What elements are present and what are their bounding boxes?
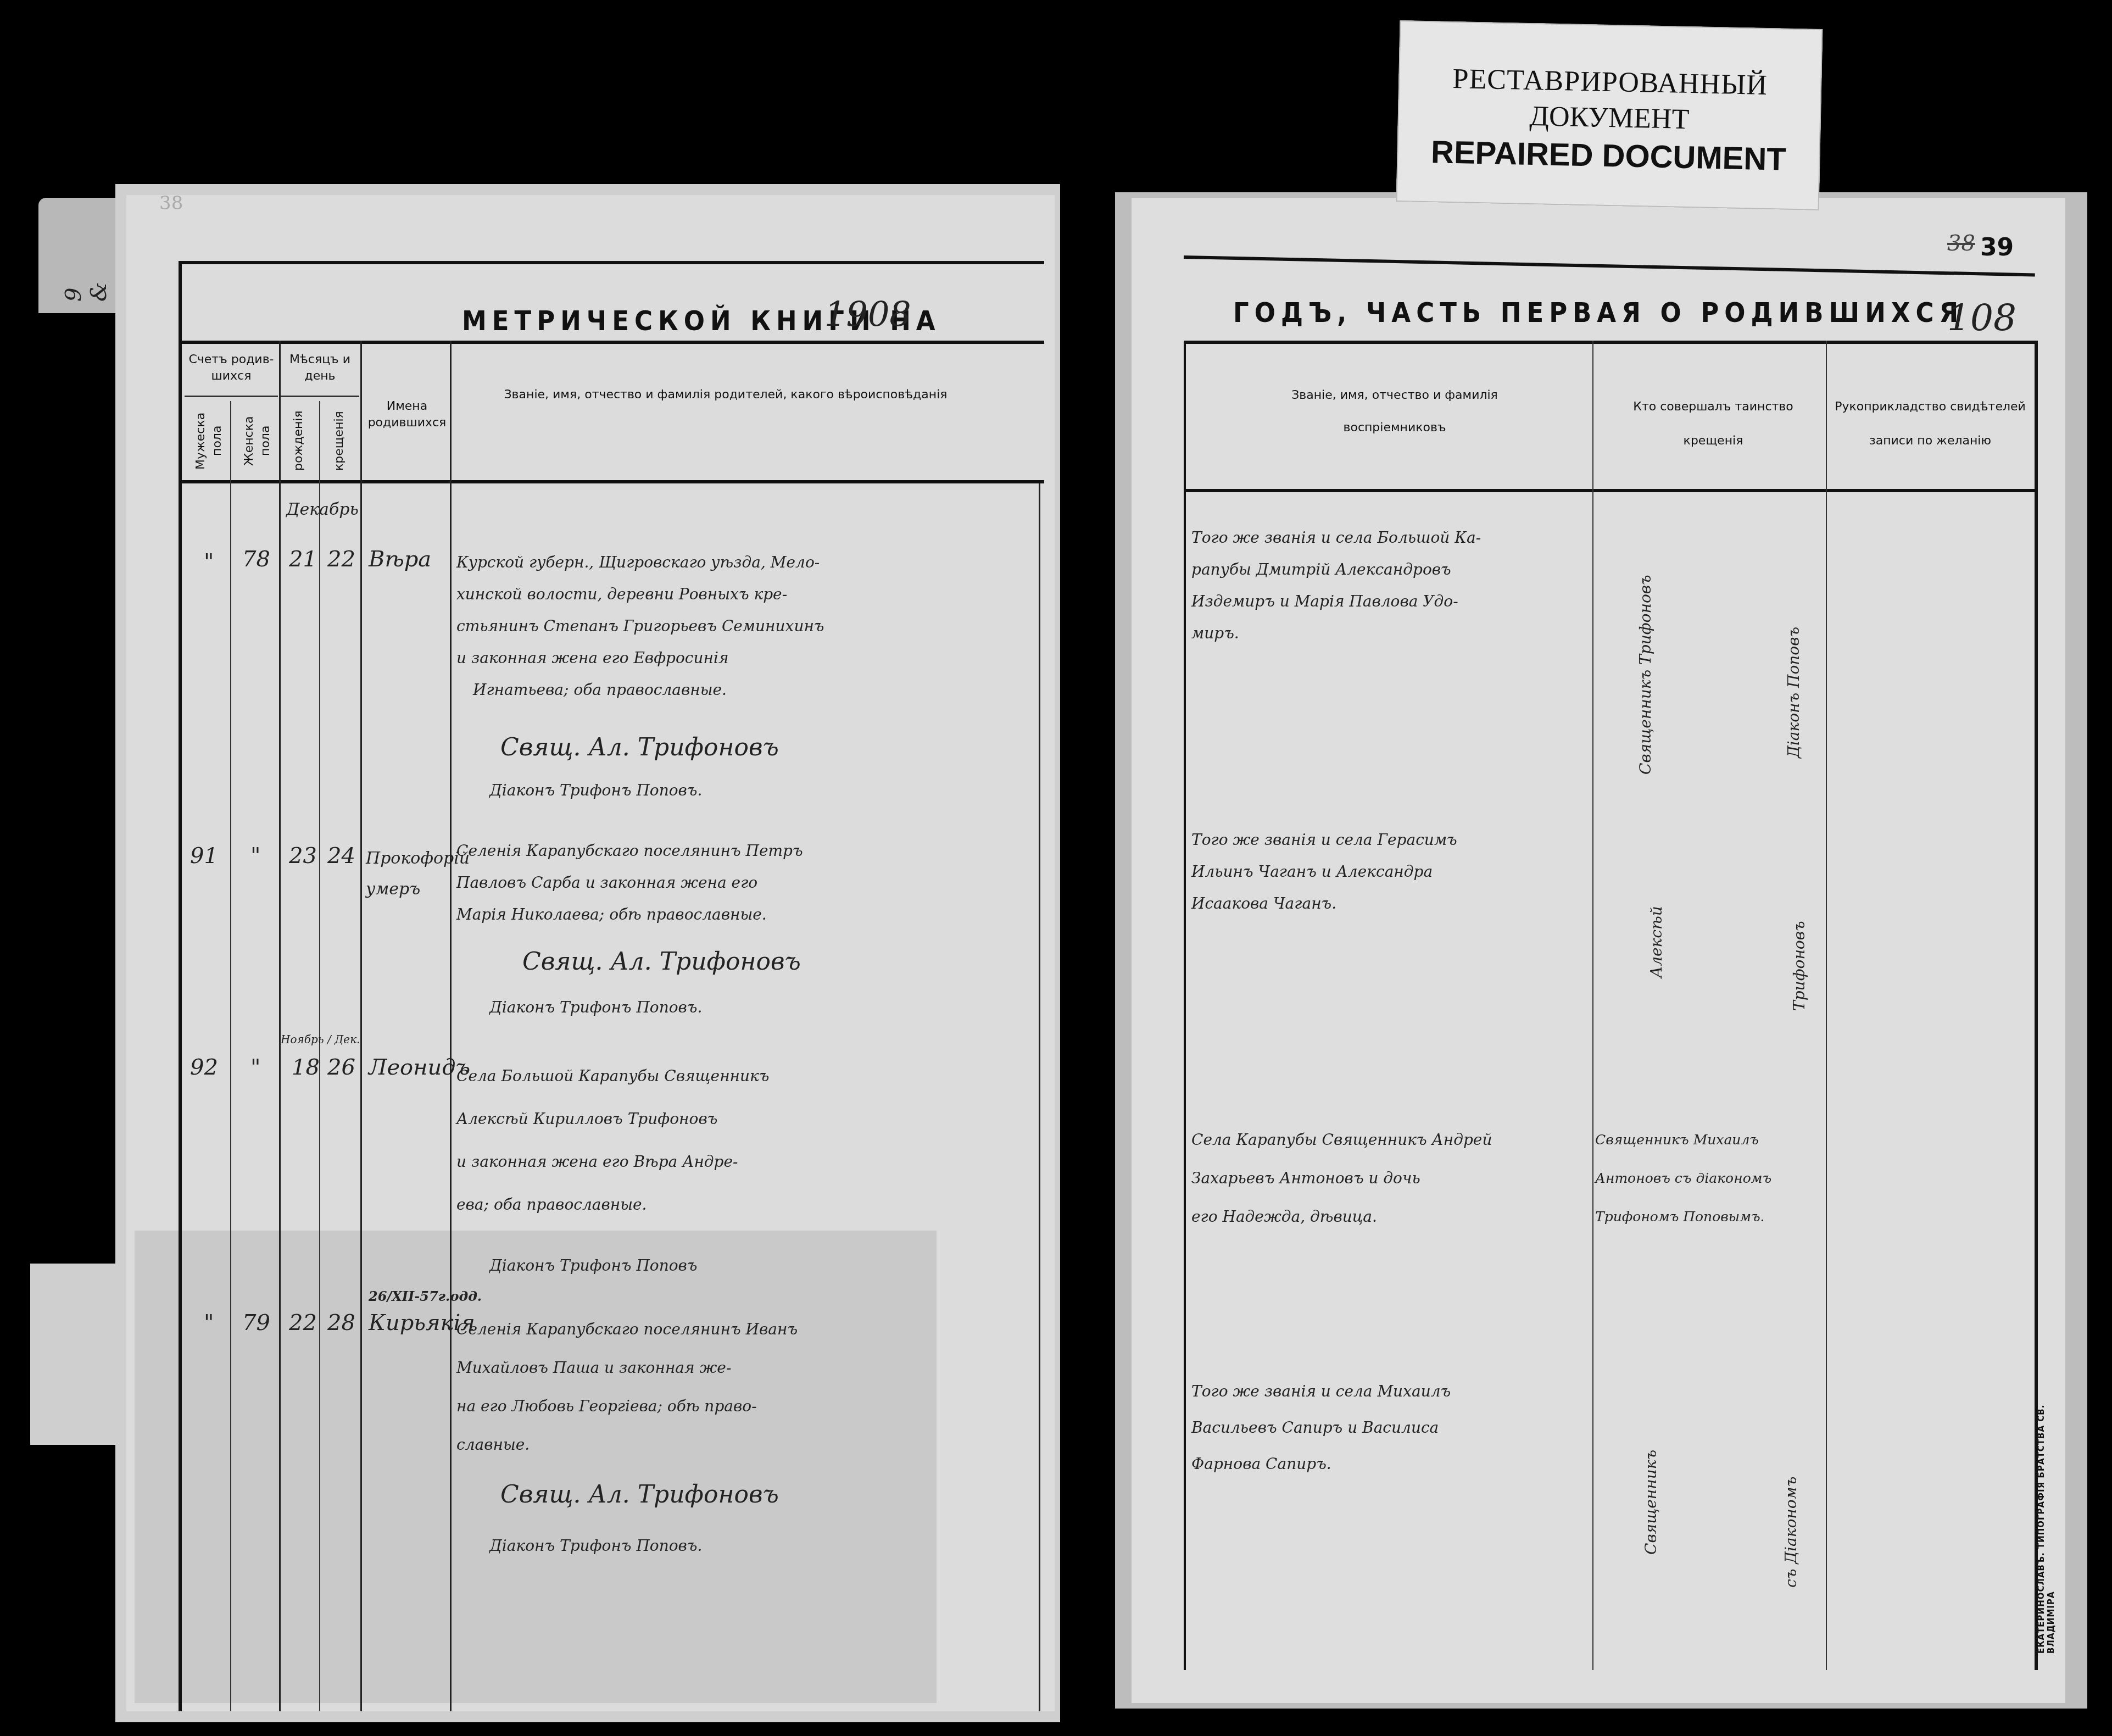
left-margin-tab: 9 & 1 <box>38 198 115 313</box>
register-year: 1908 <box>824 294 911 334</box>
sheet-number: 108 <box>1947 297 2016 339</box>
month: Ноябрь / Дек. <box>281 1033 360 1046</box>
table-row: 92 " Ноябрь / Дек. 18 26 Леонидъ Села Бо… <box>182 1030 1044 1239</box>
priest-signature: Свящ. Ал. Трифоновъ <box>500 1481 779 1509</box>
parents-text: Курской губерн., Щигровскаго уѣзда, Мело… <box>456 547 1033 706</box>
child-name: Леонидъ <box>369 1055 470 1080</box>
faded-page-number: 38 <box>159 192 183 214</box>
baptism-day: 24 <box>327 843 355 869</box>
parents-text: Селенія Карапубскаго поселянинъ Петръ Па… <box>456 835 1033 931</box>
female-count: " <box>250 1055 260 1080</box>
male-count: 92 <box>190 1055 218 1080</box>
officiant-text: съ Діакономъ <box>1782 1390 1800 1588</box>
header-witnesses: Рукоприкладство свидѣтелей записи по жел… <box>1831 390 2029 458</box>
birth-day: 21 <box>289 547 317 572</box>
left-lower-tab <box>30 1264 121 1445</box>
female-count: " <box>250 843 260 869</box>
officiant-text: Діаконъ Поповъ <box>1785 577 1803 758</box>
table-row: Того же званія и села Большой Ка- рапубы… <box>1186 522 2035 797</box>
priest-signature: Свящ. Ал. Трифоновъ <box>500 733 779 761</box>
folio-number: 39 <box>1980 233 2014 261</box>
header-male: Мужеска пола <box>193 404 225 478</box>
female-count: 78 <box>242 547 270 572</box>
parents-text: Села Большой Карапубы Священникъ Алексѣй… <box>456 1055 1033 1226</box>
label-line-ru-2: ДОКУМЕНТ <box>1397 97 1821 138</box>
birth-day: 18 <box>292 1055 320 1080</box>
header-female: Женска пола <box>241 404 274 478</box>
struck-folio-number: 38 <box>1947 231 1975 256</box>
header-godparents: Званіе, имя, отчество и фамилія воспріем… <box>1241 379 1548 444</box>
table-row: Села Карапубы Священникъ Андрей Захарьев… <box>1186 1121 2035 1340</box>
label-line-ru-1: РЕСТАВРИРОВАННЫЙ <box>1398 62 1822 103</box>
label-line-en: REPAIRED DOCUMENT <box>1397 133 1820 179</box>
godparents-text: Того же званія и села Михаилъ Васильевъ … <box>1191 1373 1587 1482</box>
header-birth: рожденія <box>291 404 307 478</box>
officiant-text: Священникъ Михаилъ Антоновъ съ діакономъ… <box>1595 1121 1826 1236</box>
godparents-text: Того же званія и села Герасимъ Ильинъ Ча… <box>1191 824 1587 920</box>
header-parents: Званіе, имя, отчество и фамилія родителе… <box>478 379 973 410</box>
right-page-title: ГОДЪ, ЧАСТЬ ПЕРВАЯ О РОДИВШИХСЯ <box>1233 297 1964 329</box>
printer-imprint: ЕКАТЕРИНОСЛАВЪ. ТИПОГРАФІЯ БРАТСТВА СВ. … <box>2036 1395 2056 1654</box>
left-register-sheet: МЕТРИЧЕСКОЙ КНИГИ НА 1908 Счетъ родив-ши… <box>179 261 1044 1711</box>
officiant-text: Священникъ <box>1642 1390 1660 1555</box>
male-count: 91 <box>190 843 218 869</box>
header-names: Имена родившихся <box>366 398 448 431</box>
right-table: Званіе, имя, отчество и фамилія воспріем… <box>1184 341 2038 1670</box>
officiant-text: Трифоновъ <box>1790 780 1808 1011</box>
baptism-day: 28 <box>327 1310 355 1336</box>
month: Декабрь <box>286 500 359 519</box>
priest-signature: Свящ. Ал. Трифоновъ <box>522 948 801 976</box>
header-month-day: Мѣсяцъ и день <box>281 352 359 384</box>
deacon-signature: Діаконъ Трифонъ Поповъ. <box>489 775 702 806</box>
male-count: " <box>204 1310 214 1336</box>
godparents-text: Села Карапубы Священникъ Андрей Захарьев… <box>1191 1121 1587 1236</box>
header-count: Счетъ родив-шихся <box>185 352 278 384</box>
child-name: Вѣра <box>369 547 431 572</box>
child-name: Прокофорій умеръ <box>366 843 448 905</box>
baptism-day: 26 <box>327 1055 355 1080</box>
female-count: 79 <box>242 1310 270 1336</box>
name-annotation: 26/XII-57г.одд. <box>369 1288 482 1304</box>
header-officiant: Кто совершалъ таинство крещенія <box>1620 390 1807 458</box>
officiant-text: Священникъ Трифоновъ <box>1636 555 1654 775</box>
table-row: " 78 Декабрь 21 22 Вѣра Курской губерн.,… <box>182 497 1044 794</box>
top-rule <box>1184 255 2035 276</box>
table-row: 91 " 23 24 Прокофорій умеръ Селенія Кара… <box>182 810 1044 1047</box>
parents-text: Селенія Карапубскаго поселянинъ Иванъ Ми… <box>456 1310 1033 1464</box>
top-rule <box>182 261 1044 264</box>
table-row: Того же званія и села Герасимъ Ильинъ Ча… <box>1186 824 2035 1099</box>
deacon-signature: Діаконъ Трифонъ Поповъ. <box>489 1530 702 1562</box>
godparents-text: Того же званія и села Большой Ка- рапубы… <box>1191 522 1587 649</box>
header-baptism: крещенія <box>331 404 348 478</box>
table-row: Того же званія и села Михаилъ Васильевъ … <box>1186 1373 2035 1648</box>
repaired-document-label: РЕСТАВРИРОВАННЫЙ ДОКУМЕНТ REPAIRED DOCUM… <box>1396 20 1823 210</box>
deacon-signature: Діаконъ Трифонъ Поповъ. <box>489 992 702 1023</box>
baptism-day: 22 <box>327 547 355 572</box>
table-row: Діаконъ Трифонъ Поповъ 26/XII-57г.одд. "… <box>182 1250 1044 1656</box>
deacon-signature: Діаконъ Трифонъ Поповъ <box>489 1250 698 1282</box>
right-register-sheet: 38 39 ГОДЪ, ЧАСТЬ ПЕРВАЯ О РОДИВШИХСЯ 10… <box>1184 231 2041 1670</box>
male-count: " <box>204 549 214 575</box>
left-column-header: Счетъ родив-шихся Мѣсяцъ и день Мужеска … <box>182 341 1044 483</box>
birth-day: 22 <box>289 1310 317 1336</box>
officiant-text: Алексѣй <box>1647 841 1665 978</box>
birth-day: 23 <box>289 843 317 869</box>
